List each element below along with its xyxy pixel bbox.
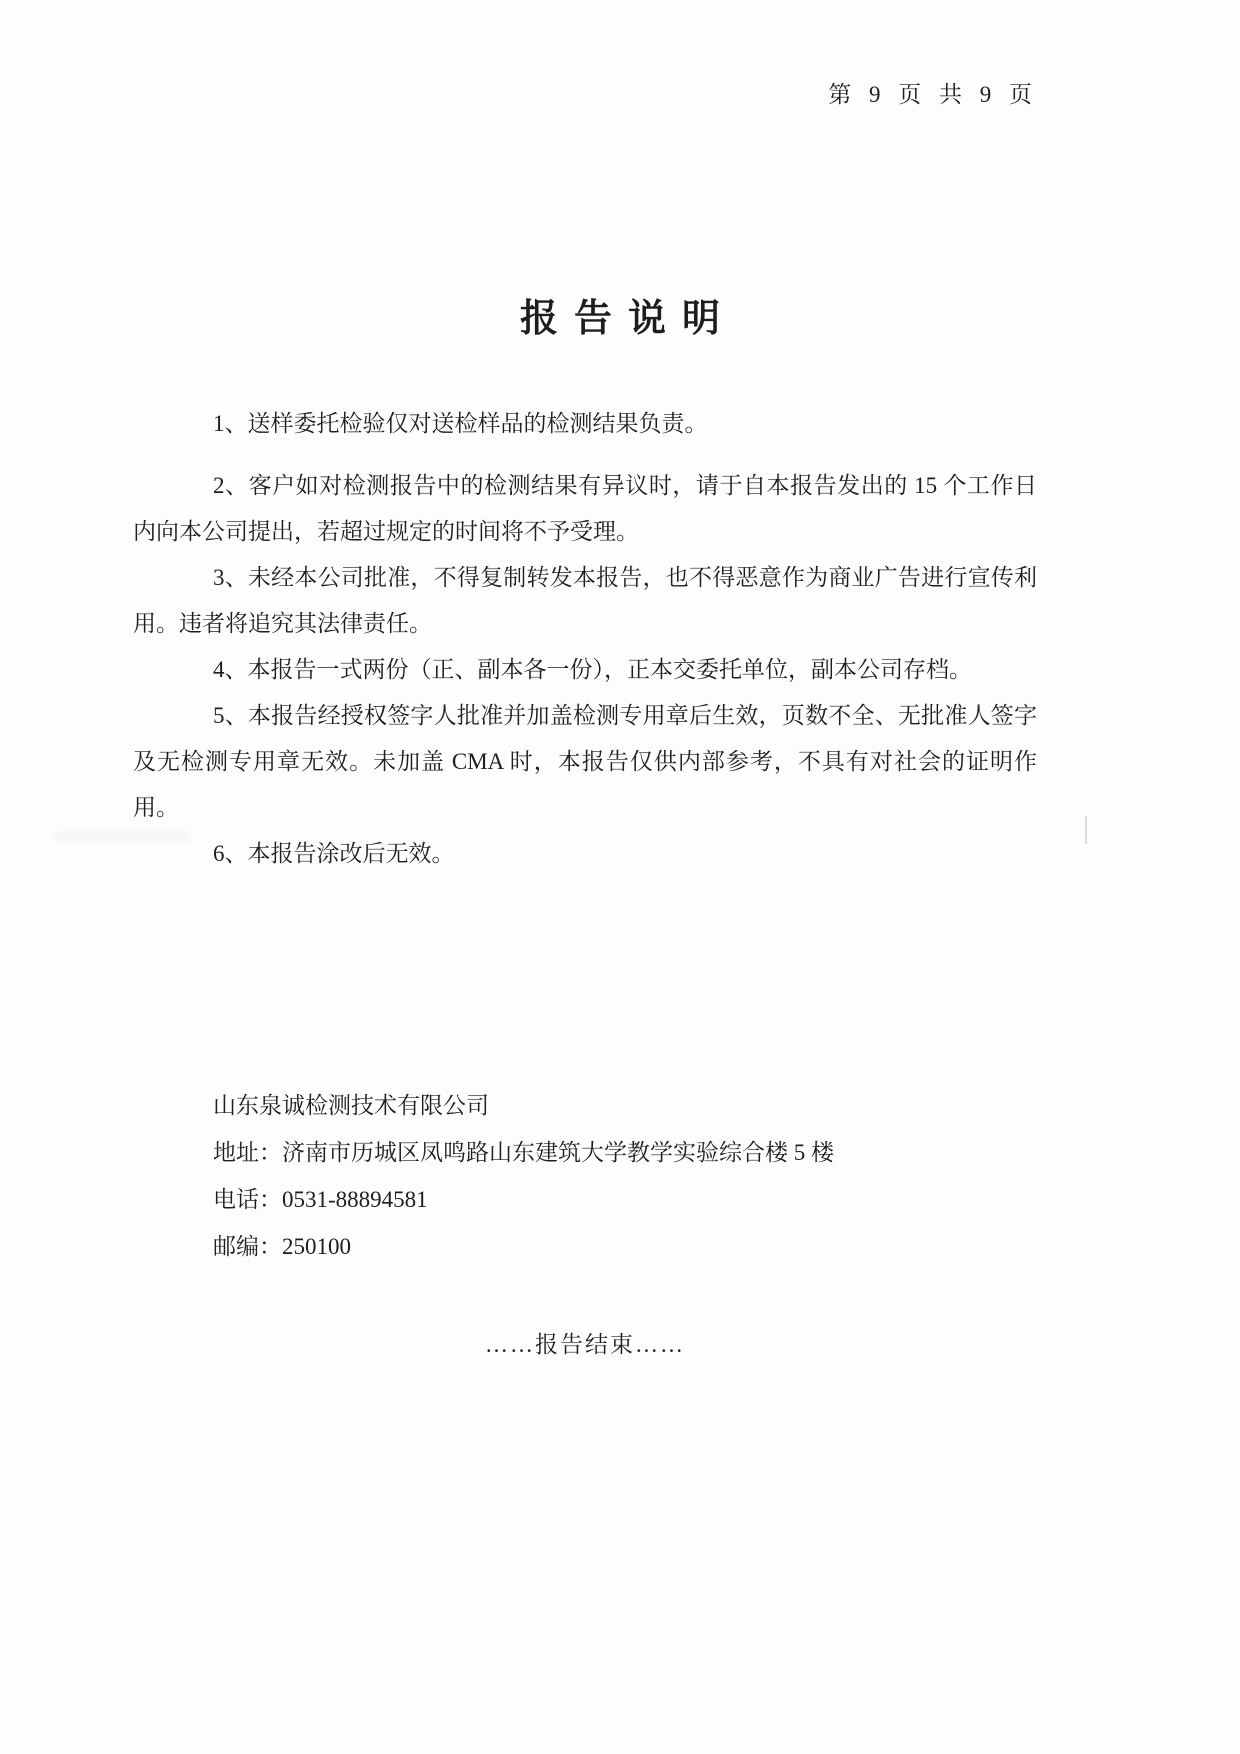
note-item-5: 5、本报告经授权签字人批准并加盖检测专用章后生效，页数不全、无批准人签字及无检测… (133, 693, 1037, 831)
scan-tick-artifact (1085, 816, 1087, 844)
note-item-6: 6、本报告涂改后无效。 (133, 831, 1037, 877)
note-item-1: 1、送样委托检验仅对送检样品的检测结果负责。 (133, 401, 1037, 447)
page-number-indicator: 第 9 页 共 9 页 (828, 76, 1038, 109)
company-info-block: 山东泉诚检测技术有限公司 地址：济南市历城区凤鸣路山东建筑大学教学实验综合楼 5… (213, 1082, 834, 1270)
company-name: 山东泉诚检测技术有限公司 (213, 1082, 834, 1129)
report-notes: 1、送样委托检验仅对送检样品的检测结果负责。 2、客户如对检测报告中的检测结果有… (133, 401, 1037, 877)
report-end-marker: ……报告结束…… (133, 1322, 1037, 1368)
company-phone: 电话：0531-88894581 (213, 1176, 834, 1223)
company-address: 地址：济南市历城区凤鸣路山东建筑大学教学实验综合楼 5 楼 (213, 1129, 834, 1176)
note-item-2: 2、客户如对检测报告中的检测结果有异议时，请于自本报告发出的 15 个工作日内向… (133, 463, 1037, 555)
scan-smudge-artifact (55, 832, 190, 841)
page-title: 报告说明 (0, 287, 1240, 342)
company-postal-code: 邮编：250100 (213, 1223, 834, 1270)
note-item-3: 3、未经本公司批准，不得复制转发本报告，也不得恶意作为商业广告进行宣传利用。违者… (133, 555, 1037, 647)
note-item-4: 4、本报告一式两份（正、副本各一份），正本交委托单位，副本公司存档。 (133, 647, 1037, 693)
report-page: 第 9 页 共 9 页 报告说明 1、送样委托检验仅对送检样品的检测结果负责。 … (0, 0, 1240, 1754)
